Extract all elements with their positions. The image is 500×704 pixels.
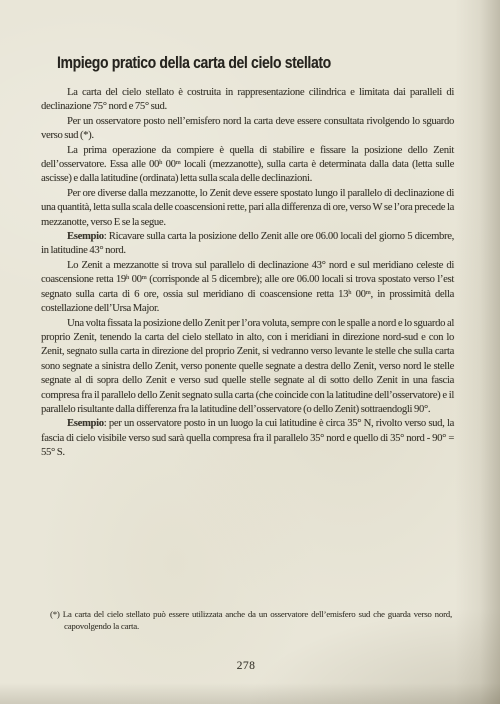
footnote-marker: (*) (50, 609, 60, 619)
paragraph-4: Per ore diverse dalla mezzanotte, lo Zen… (41, 187, 454, 230)
paragraph-2-text: Per un osservatore posto nell’emisfero n… (41, 116, 454, 141)
footnote-line: (*) La carta del cielo stellato può esse… (50, 608, 452, 632)
article-body: La carta del cielo stellato è costruita … (41, 86, 454, 461)
paragraph-5-text: : Ricavare sulla carta la posizione dell… (41, 231, 454, 256)
paragraph-5-lead: Esempio (67, 231, 104, 242)
paragraph-8-lead: Esempio (67, 418, 104, 429)
paragraph-5-example: Esempio: Ricavare sulla carta la posizio… (41, 230, 454, 259)
paragraph-3: La prima operazione da compiere è quella… (41, 144, 454, 187)
scanned-book-page: Impiego pratico della carta del cielo st… (0, 0, 500, 704)
paragraph-6-text: Lo Zenit a mezzanotte si trova sul paral… (41, 260, 454, 314)
page-number: 278 (0, 660, 492, 672)
paragraph-6: Lo Zenit a mezzanotte si trova sul paral… (41, 259, 454, 317)
footnote-text: La carta del cielo stellato può essere u… (63, 609, 452, 631)
paragraph-8-example: Esempio: per un osservatore posto in un … (41, 417, 454, 460)
paragraph-4-text: Per ore diverse dalla mezzanotte, lo Zen… (41, 188, 454, 228)
page-title: Impiego pratico della carta del cielo st… (57, 53, 331, 73)
paragraph-2: Per un osservatore posto nell’emisfero n… (41, 115, 454, 144)
paragraph-8-text: : per un osservatore posto in un luogo l… (41, 418, 454, 458)
paragraph-1-text: La carta del cielo stellato è costruita … (41, 87, 454, 112)
footnote: (*) La carta del cielo stellato può esse… (50, 608, 452, 632)
paragraph-7-text: Una volta fissata la posizione dello Zen… (41, 318, 454, 415)
paragraph-7: Una volta fissata la posizione dello Zen… (41, 317, 454, 418)
paragraph-1: La carta del cielo stellato è costruita … (41, 86, 454, 115)
paragraph-3-text: La prima operazione da compiere è quella… (41, 145, 454, 185)
